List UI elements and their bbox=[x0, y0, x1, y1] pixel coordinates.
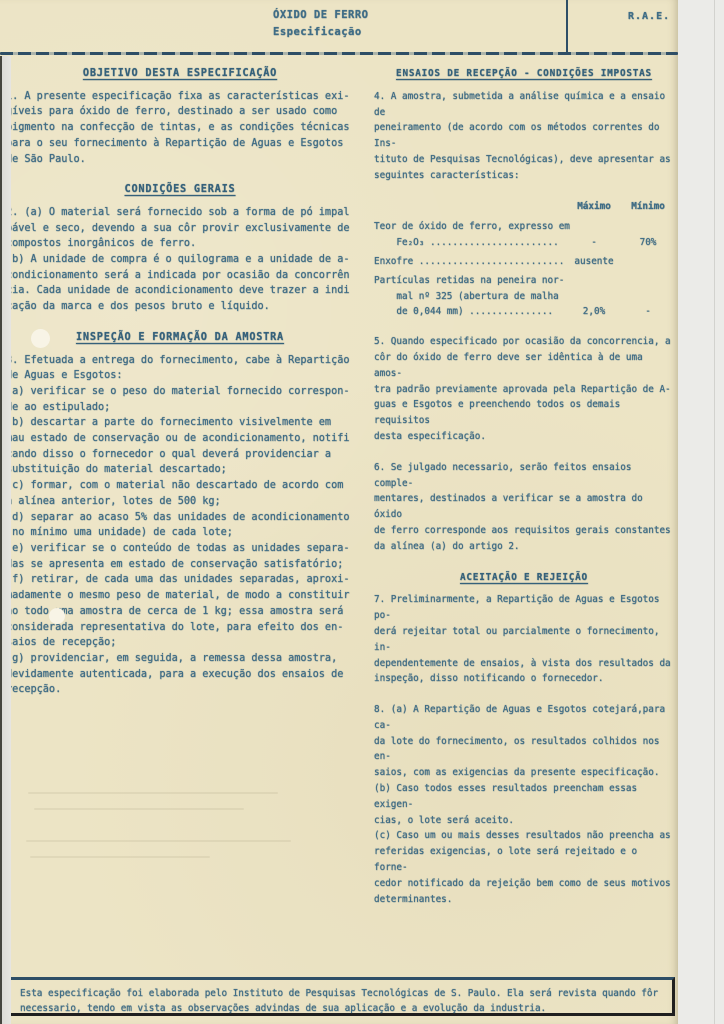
table-row-label: Teor de óxido de ferro, expresso em Fe₂O… bbox=[374, 219, 570, 251]
table-row-maximo-value: ausente bbox=[570, 254, 618, 270]
paragraph-6-ensaios-complementares: 6. Se julgado necessario, serão feitos e… bbox=[374, 460, 674, 555]
header-divider-line bbox=[566, 0, 568, 54]
spec-requirements-table: Máximo Mínimo Teor de óxido de ferro, ex… bbox=[374, 199, 674, 321]
table-row-maximo-value: - bbox=[570, 235, 618, 251]
paragraph-7-rejeicao-preliminar: 7. Preliminarmente, a Repartição de Agua… bbox=[374, 592, 674, 687]
document-code: R.A.E. bbox=[628, 11, 670, 22]
section-heading-inspecao-amostra: INSPEÇÃO E FORMAÇÃO DA AMOSTRA bbox=[6, 330, 354, 346]
header-rule bbox=[0, 52, 678, 55]
ink-showthrough-mark bbox=[28, 792, 278, 794]
paragraph-3-inspecao-amostra: 3. Efetuada a entrega do fornecimento, c… bbox=[6, 353, 354, 698]
document-page: ÓXIDO DE FERRO Especificação R.A.E. OBJE… bbox=[0, 0, 678, 1024]
scan-edge-line bbox=[714, 0, 715, 1024]
ink-showthrough-mark bbox=[30, 856, 210, 858]
table-row-minimo-value: - bbox=[624, 304, 672, 320]
section-heading-objetivo: OBJETIVO DESTA ESPECIFICAÇÃO bbox=[6, 66, 354, 82]
ink-showthrough-mark bbox=[34, 808, 244, 810]
table-row: Enxofre .......................... ausen… bbox=[374, 254, 674, 270]
paragraph-2-condicoes-gerais: 2. (a) O material será fornecido sob a f… bbox=[6, 205, 354, 315]
table-header-maximo: Máximo bbox=[570, 199, 618, 215]
table-row-maximo-value: 2,0% bbox=[570, 304, 618, 320]
ink-showthrough-mark bbox=[26, 840, 291, 842]
paragraph-8-cotejo-resultados: 8. (a) A Repartição de Aguas e Esgotos c… bbox=[374, 702, 674, 907]
paragraph-1-objetivo: 1. A presente especificação fixa as cara… bbox=[6, 89, 354, 168]
section-heading-ensaios-recepcao: ENSAIOS DE RECEPÇÃO - CONDIÇÕES IMPOSTAS bbox=[374, 66, 674, 82]
table-column-headers: Máximo Mínimo bbox=[570, 199, 674, 215]
document-header: ÓXIDO DE FERRO Especificação bbox=[273, 7, 369, 41]
paper-defect-spot bbox=[31, 329, 50, 348]
paper-defect-spot bbox=[49, 608, 65, 624]
scan-left-edge-strip bbox=[0, 56, 11, 1024]
table-row-label: Partículas retidas na peneira nor- mal n… bbox=[374, 273, 570, 320]
table-row-minimo-value: 70% bbox=[624, 235, 672, 251]
table-row: Partículas retidas na peneira nor- mal n… bbox=[374, 273, 674, 320]
section-heading-aceitacao-rejeicao: ACEITAÇÃO E REJEIÇÃO bbox=[374, 570, 674, 586]
footer-note: Esta especificação foi elaborada pelo In… bbox=[0, 977, 675, 1016]
table-row: Teor de óxido de ferro, expresso em Fe₂O… bbox=[374, 219, 674, 251]
table-header-minimo: Mínimo bbox=[624, 199, 672, 215]
paragraph-4-ensaios: 4. A amostra, submetida a análise químic… bbox=[374, 89, 674, 184]
right-column: ENSAIOS DE RECEPÇÃO - CONDIÇÕES IMPOSTAS… bbox=[374, 66, 674, 922]
document-title: ÓXIDO DE FERRO bbox=[273, 7, 369, 24]
section-heading-condicoes-gerais: CONDIÇÕES GERAIS bbox=[6, 182, 354, 198]
scanned-document: ÓXIDO DE FERRO Especificação R.A.E. OBJE… bbox=[0, 0, 724, 1024]
paragraph-5-cor-padrao: 5. Quando especificado por ocasião da co… bbox=[374, 334, 674, 445]
table-row-label: Enxofre .......................... bbox=[374, 254, 570, 270]
document-subtitle: Especificação bbox=[273, 24, 369, 41]
